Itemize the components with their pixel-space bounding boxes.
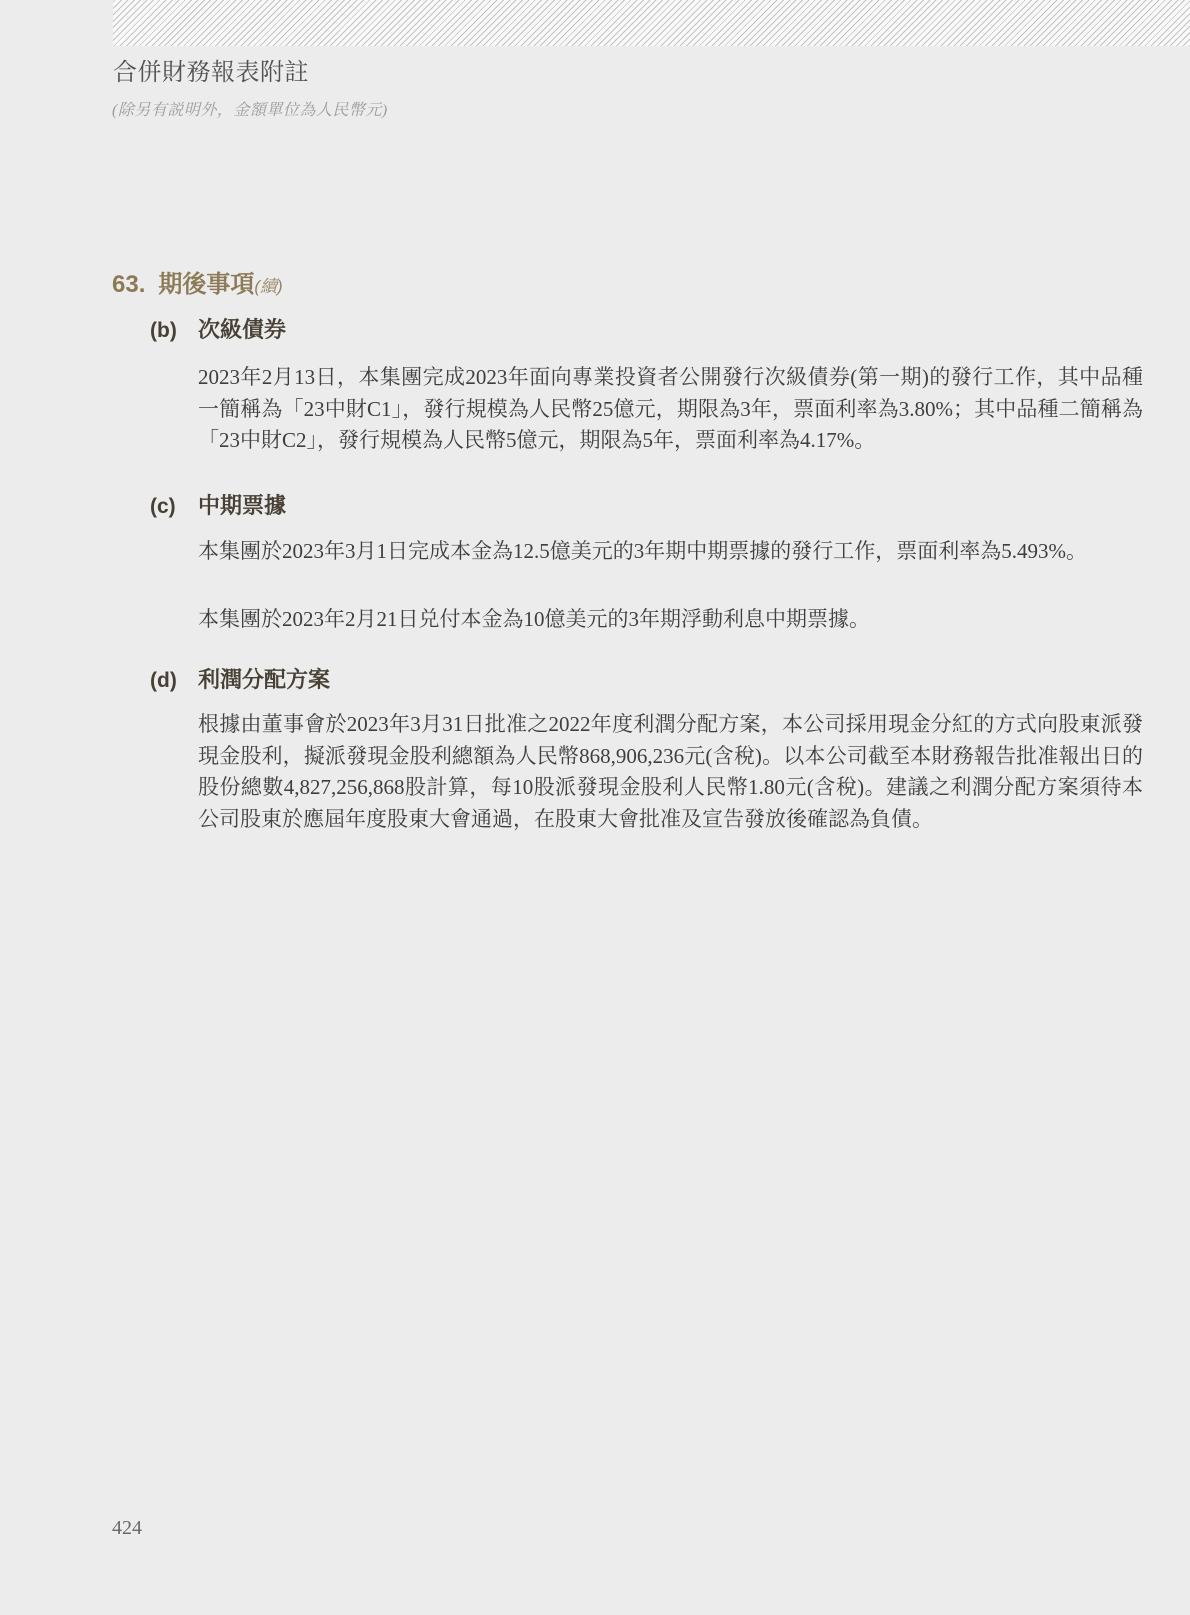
section-number: 63. [112,271,145,298]
subsection-d-paragraph-1: 根據由董事會於2023年3月31日批准之2022年度利潤分配方案，本公司採用現金… [198,709,1143,835]
subsection-c-title: 中期票據 [198,493,286,518]
page-number: 424 [112,1517,142,1540]
subsection-d-title: 利潤分配方案 [198,667,330,692]
subsection-c-paragraph-2: 本集團於2023年2月21日兑付本金為10億美元的3年期浮動利息中期票據。 [198,604,1143,636]
section-heading: 63.期後事項(續) [112,271,283,300]
section-continued-note: (續) [254,277,282,296]
subsection-c-paragraph-1: 本集團於2023年3月1日完成本金為12.5億美元的3年期中期票據的發行工作，票… [198,536,1143,568]
section-title: 期後事項 [158,271,254,298]
subsection-b-label: (b) [150,319,198,342]
subsection-c-heading: (c)中期票據 [150,494,286,518]
subsection-b-heading: (b)次級債券 [150,318,286,342]
subsection-b-paragraph-1: 2023年2月13日，本集團完成2023年面向專業投資者公開發行次級債券(第一期… [198,362,1143,457]
subsection-d-label: (d) [150,669,198,692]
subsection-c-label: (c) [150,495,198,518]
hatched-banner [113,0,1190,46]
subsection-d-heading: (d)利潤分配方案 [150,668,330,692]
document-title: 合併財務報表附註 [113,59,309,88]
subsection-b-title: 次級債券 [198,317,286,342]
document-subtitle: (除另有説明外，金額單位為人民幣元) [112,97,388,120]
